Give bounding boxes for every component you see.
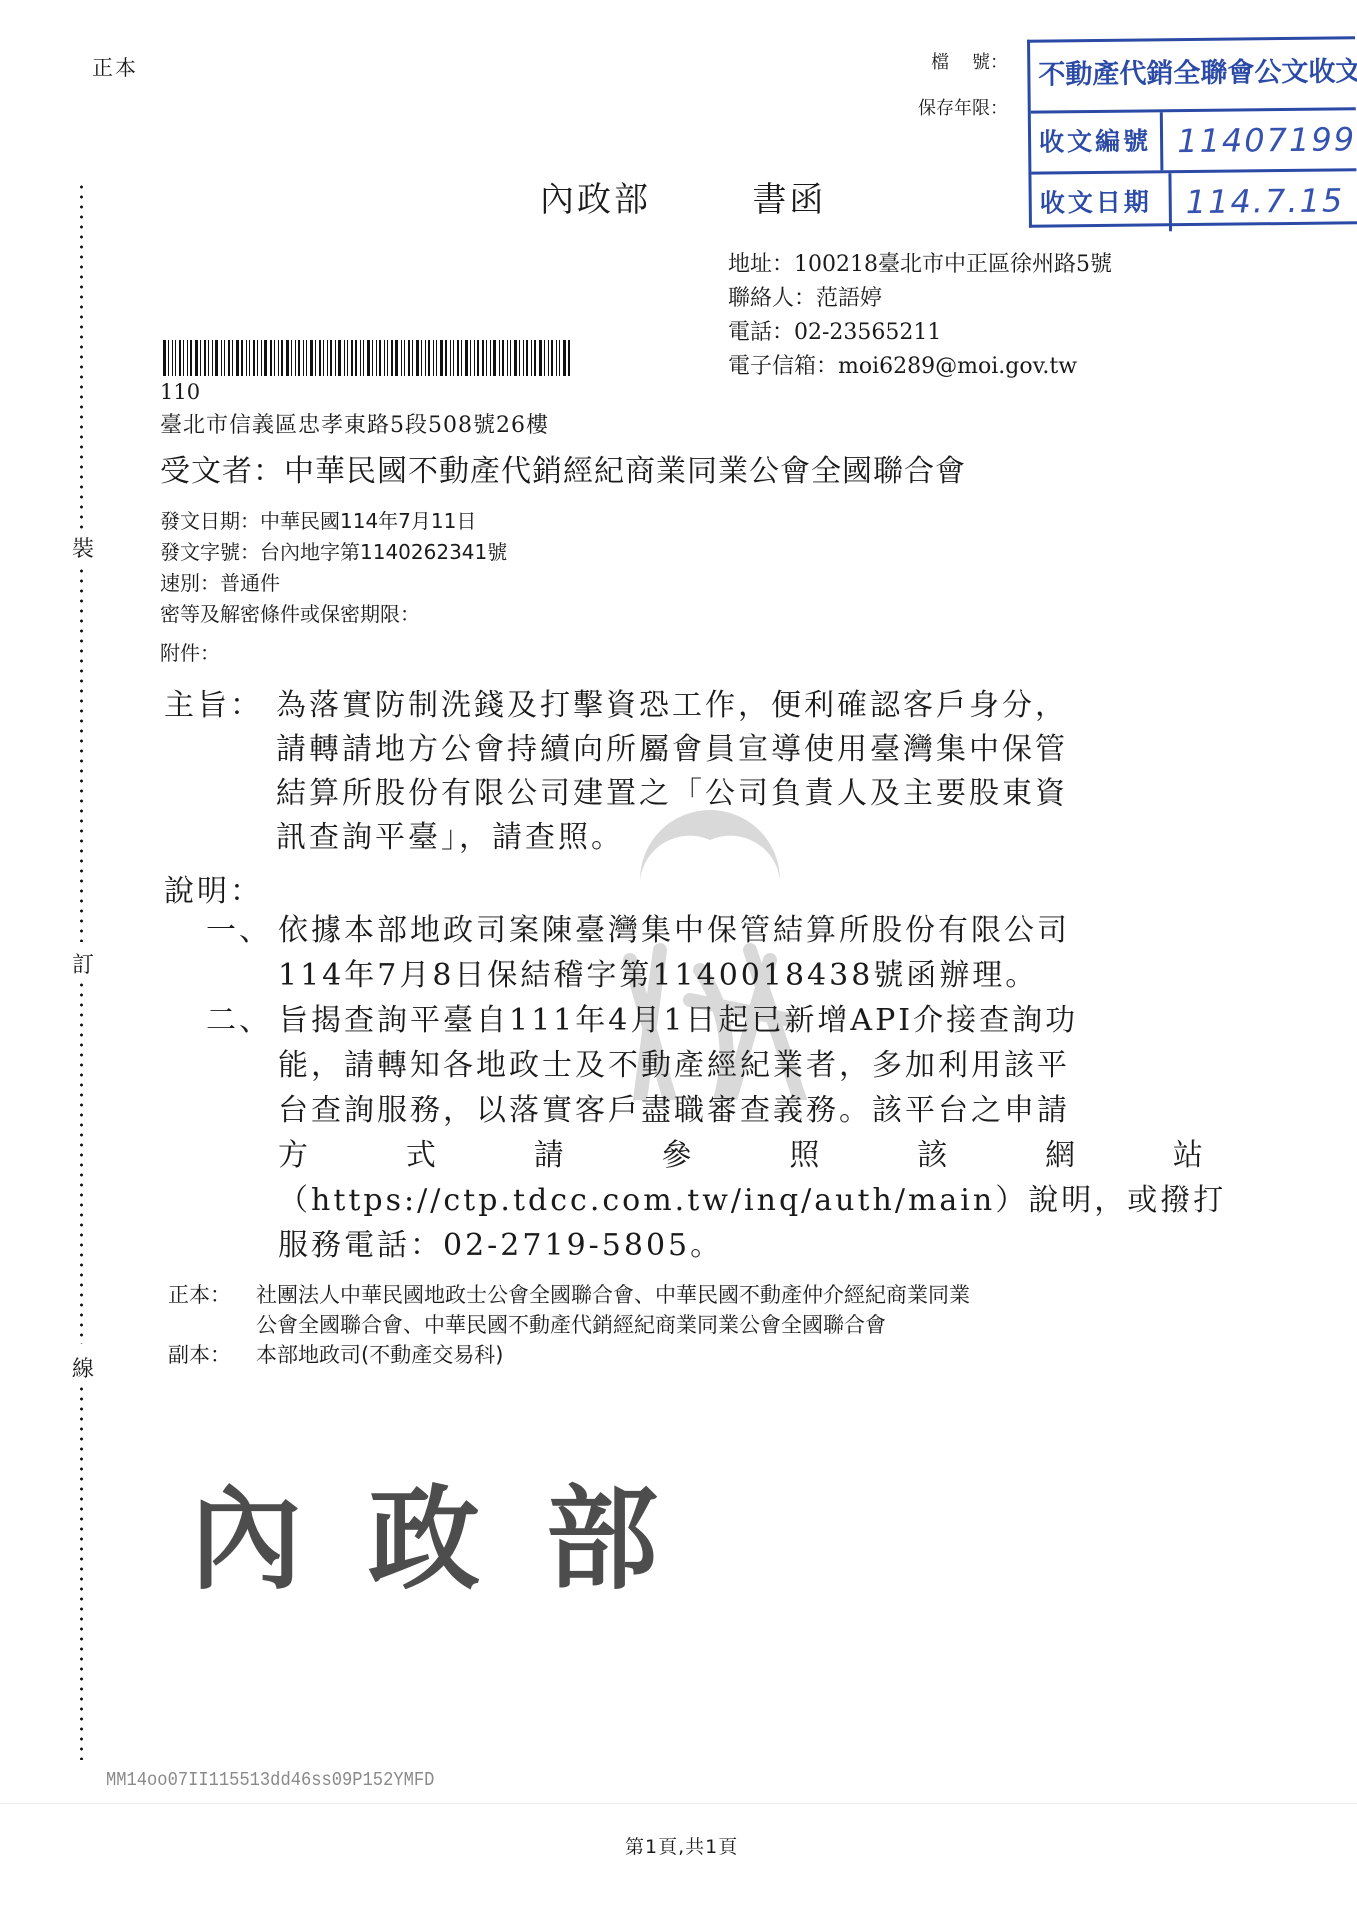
file-meta: 檔 號： 保存年限： [898, 40, 1008, 132]
barcode-bar [221, 340, 222, 376]
barcode-bar [270, 340, 272, 376]
barcode-bar [493, 340, 496, 376]
copy-label: 副本： [168, 1340, 231, 1370]
barcode-bar [548, 340, 549, 376]
barcode-bar [190, 340, 192, 376]
barcode-bar [183, 340, 184, 376]
barcode-bar [461, 340, 462, 376]
barcode-bar [168, 340, 169, 376]
barcode-bar [372, 340, 373, 376]
barcode-bar [228, 340, 230, 376]
document-number: 發文字號：台內地字第1140262341號 [160, 537, 507, 568]
stamp-row-receipt-number: 收文編號 11407199 [1031, 110, 1357, 174]
copy-recipients: 副本： 本部地政司(不動產交易科) [168, 1340, 970, 1370]
recipient: 受文者：中華民國不動產代銷經紀商業同業公會全國聯合會 [160, 446, 966, 490]
barcode-bar [534, 340, 536, 376]
file-number-label: 檔 號： [898, 40, 1008, 86]
distribution-section: 正本： 社團法人中華民國地政士公會全國聯合會、中華民國不動產仲介經紀商業同業 公… [168, 1280, 970, 1370]
barcode-bar [278, 340, 279, 376]
explanation-item-2: 二、 旨揭查詢平臺自111年4月1日起已新增API介接查詢功 能，請轉知各地政士… [206, 998, 1206, 1268]
mail-barcode [163, 340, 653, 376]
barcode-bar [306, 340, 307, 376]
barcode-bar [559, 340, 560, 376]
barcode-bar [319, 340, 321, 376]
barcode-bar [315, 340, 316, 376]
barcode-bar [453, 340, 454, 376]
barcode-bar [253, 340, 255, 376]
explanation-line: 台查詢服務，以落實客戶盡職審查義務。該平台之申請 [278, 1088, 1206, 1133]
barcode-bar [274, 340, 275, 376]
subject-section: 主旨： 為落實防制洗錢及打擊資恐工作，便利確認客戶身分， 請轉請地方公會持續向所… [164, 684, 1204, 860]
barcode-bar [465, 340, 468, 376]
barcode-bar [261, 340, 262, 376]
stamp-label: 收文編號 [1031, 112, 1164, 171]
barcode-bar [416, 340, 419, 376]
postal-code: 110 [160, 380, 200, 404]
barcode-bar [490, 340, 491, 376]
barcode-bar [568, 340, 570, 376]
barcode-bar [215, 340, 218, 376]
retention-label: 保存年限： [898, 86, 1008, 132]
sender-address: 地址：100218臺北市中正區徐州路5號 [728, 248, 1112, 282]
barcode-bar [330, 340, 332, 376]
barcode-bar [445, 340, 447, 376]
word: 請 [534, 1133, 567, 1178]
stamp-label: 收文日期 [1031, 173, 1172, 232]
distribution-line: 本部地政司(不動產交易科) [256, 1340, 970, 1370]
barcode-bar [474, 340, 475, 376]
barcode-bar [200, 340, 201, 376]
distribution-line: 公會全國聯合會、中華民國不動產代銷經紀商業同業公會全國聯合會 [256, 1310, 970, 1340]
barcode-bar [187, 340, 188, 376]
barcode-bar [539, 340, 542, 376]
barcode-bar [163, 340, 166, 376]
barcode-bar [544, 340, 545, 376]
recipient-address: 臺北市信義區忠孝東路5段508號26樓 [160, 408, 549, 439]
barcode-bar [351, 340, 353, 376]
barcode-bar [477, 340, 479, 376]
barcode-bar [514, 340, 517, 376]
barcode-bar [295, 340, 296, 376]
barcode-bar [395, 340, 398, 376]
barcode-bar [246, 340, 247, 376]
item-number: 一、 [206, 908, 272, 953]
copy-type-label: 正本 [92, 52, 138, 82]
barcode-bar [563, 340, 566, 376]
barcode-bar [347, 340, 348, 376]
barcode-bar [391, 340, 393, 376]
contact-phone: 電話：02-23565211 [728, 316, 1112, 350]
explanation-line: 114年7月8日保結稽字第1140018438號函辦理。 [278, 953, 1206, 998]
document-title: 內政部 書函 [540, 172, 826, 221]
barcode-bar [408, 340, 410, 376]
barcode-bar [281, 340, 283, 376]
barcode-bar [556, 340, 557, 376]
stamp-row-receipt-date: 收文日期 114.7.15 [1031, 171, 1357, 232]
barcode-bar [236, 340, 239, 376]
ministry-seal: 內政部 [190, 1450, 724, 1611]
barcode-bar [204, 340, 206, 376]
explanation-label: 說明： [164, 866, 263, 910]
barcode-bar [175, 340, 176, 376]
document-meta: 發文日期：中華民國114年7月11日 發文字號：台內地字第1140262341號… [160, 506, 507, 669]
barcode-bar [257, 340, 258, 376]
barcode-bar [436, 340, 437, 376]
barcode-bar [502, 340, 504, 376]
barcode-bar [401, 340, 402, 376]
explanation-line-justified: 方 式 請 參 照 該 網 站 [278, 1133, 1206, 1178]
barcode-bar [310, 340, 313, 376]
stamp-title: 不動產代銷全聯會公文收文章 [1030, 39, 1356, 113]
scan-divider [0, 1803, 1357, 1804]
barcode-bar [360, 340, 361, 376]
page-number: 第1頁,共1頁 [625, 1832, 738, 1859]
subject-line: 訊查詢平臺」，請查照。 [276, 816, 1204, 860]
barcode-bar [384, 340, 385, 376]
explanation-section: 一、 依據本部地政司案陳臺灣集中保管結算所股份有限公司 114年7月8日保結稽字… [206, 908, 1206, 1268]
barcode-bar [327, 340, 328, 376]
barcode-bar [376, 340, 377, 376]
sender-contact: 地址：100218臺北市中正區徐州路5號 聯絡人：范語婷 電話：02-23565… [728, 248, 1112, 384]
barcode-bar [486, 340, 487, 376]
barcode-bar [264, 340, 267, 376]
barcode-bar [507, 340, 508, 376]
contact-email: 電子信箱：moi6289@moi.gov.tw [728, 350, 1112, 384]
original-label: 正本： [168, 1280, 231, 1310]
explanation-line: 服務電話：02-2719-5805。 [278, 1223, 1206, 1268]
barcode-bar [224, 340, 225, 376]
subject-line: 結算所股份有限公司建置之「公司負責人及主要股東資 [276, 772, 1204, 816]
explanation-line-url: （https://ctp.tdcc.com.tw/inq/auth/main）說… [278, 1178, 1206, 1223]
contact-person: 聯絡人：范語婷 [728, 282, 1112, 316]
barcode-bar [232, 340, 233, 376]
barcode-bar [335, 340, 336, 376]
binding-label-ding: 訂 [72, 948, 94, 979]
barcode-bar [421, 340, 422, 376]
word: 網 [1045, 1133, 1078, 1178]
barcode-bar [425, 340, 426, 376]
barcode-bar [344, 340, 345, 376]
word: 該 [917, 1133, 950, 1178]
barcode-bar [428, 340, 430, 376]
barcode-bar [482, 340, 484, 376]
barcode-bar [531, 340, 532, 376]
barcode-bar [523, 340, 524, 376]
barcode-bar [412, 340, 413, 376]
word: 參 [662, 1133, 695, 1178]
binding-label-zhuang: 裝 [72, 532, 94, 563]
binding-line-bottom [80, 1384, 83, 1760]
barcode-bar [249, 340, 250, 376]
stamp-value: 114.7.15 [1171, 171, 1357, 231]
barcode-bar [195, 340, 198, 376]
verification-code: MM14oo07II115513dd46ss09P152YMFD [106, 1769, 434, 1791]
binding-line-top [80, 182, 83, 538]
barcode-bar [499, 340, 500, 376]
explanation-line: 旨揭查詢平臺自111年4月1日起已新增API介接查詢功 [278, 998, 1206, 1043]
explanation-line: 依據本部地政司案陳臺灣集中保管結算所股份有限公司 [278, 908, 1206, 953]
word: 式 [406, 1133, 439, 1178]
speed-class: 速別：普通件 [160, 568, 507, 599]
barcode-bar [298, 340, 300, 376]
barcode-bar [363, 340, 364, 376]
explanation-line: 能，請轉知各地政士及不動產經紀業者，多加利用該平 [278, 1043, 1206, 1088]
barcode-bar [433, 340, 434, 376]
barcode-bar [367, 340, 370, 376]
word: 照 [789, 1133, 822, 1178]
original-recipients: 正本： 社團法人中華民國地政士公會全國聯合會、中華民國不動產仲介經紀商業同業 公… [168, 1280, 970, 1340]
receipt-stamp: 不動產代銷全聯會公文收文章 收文編號 11407199 收文日期 114.7.1… [1027, 36, 1357, 227]
word: 站 [1173, 1133, 1206, 1178]
barcode-bar [457, 340, 459, 376]
distribution-line: 社團法人中華民國地政士公會全國聯合會、中華民國不動產仲介經紀商業同業 [256, 1280, 970, 1310]
subject-line: 請轉請地方公會持續向所屬會員宣導使用臺灣集中保管 [276, 728, 1204, 772]
binding-line-middle-upper [80, 566, 83, 942]
subject-label: 主旨： [164, 684, 263, 728]
item-number: 二、 [206, 998, 272, 1043]
barcode-bar [291, 340, 292, 376]
barcode-bar [208, 340, 209, 376]
barcode-bar [303, 340, 304, 376]
barcode-bar [450, 340, 451, 376]
barcode-bar [212, 340, 213, 376]
attachment: 附件： [160, 638, 507, 669]
barcode-bar [323, 340, 324, 376]
barcode-bar [387, 340, 388, 376]
barcode-bar [172, 340, 173, 376]
barcode-bar [338, 340, 341, 376]
barcode-bar [551, 340, 553, 376]
barcode-bar [519, 340, 520, 376]
barcode-bar [286, 340, 289, 376]
barcode-bar [440, 340, 443, 376]
issue-date: 發文日期：中華民國114年7月11日 [160, 506, 507, 537]
barcode-bar [526, 340, 528, 376]
barcode-bar [510, 340, 511, 376]
binding-line-middle-lower [80, 980, 83, 1344]
barcode-bar [404, 340, 405, 376]
binding-label-xian: 線 [72, 1352, 94, 1383]
barcode-bar [179, 340, 181, 376]
barcode-bar [241, 340, 243, 376]
word: 方 [278, 1133, 311, 1178]
classification: 密等及解密條件或保密期限： [160, 599, 507, 630]
barcode-bar [355, 340, 357, 376]
subject-line: 為落實防制洗錢及打擊資恐工作，便利確認客戶身分， [276, 684, 1204, 728]
barcode-bar [379, 340, 381, 376]
explanation-item-1: 一、 依據本部地政司案陳臺灣集中保管結算所股份有限公司 114年7月8日保結稽字… [206, 908, 1206, 998]
barcode-bar [470, 340, 471, 376]
stamp-value: 11407199 [1163, 110, 1356, 170]
